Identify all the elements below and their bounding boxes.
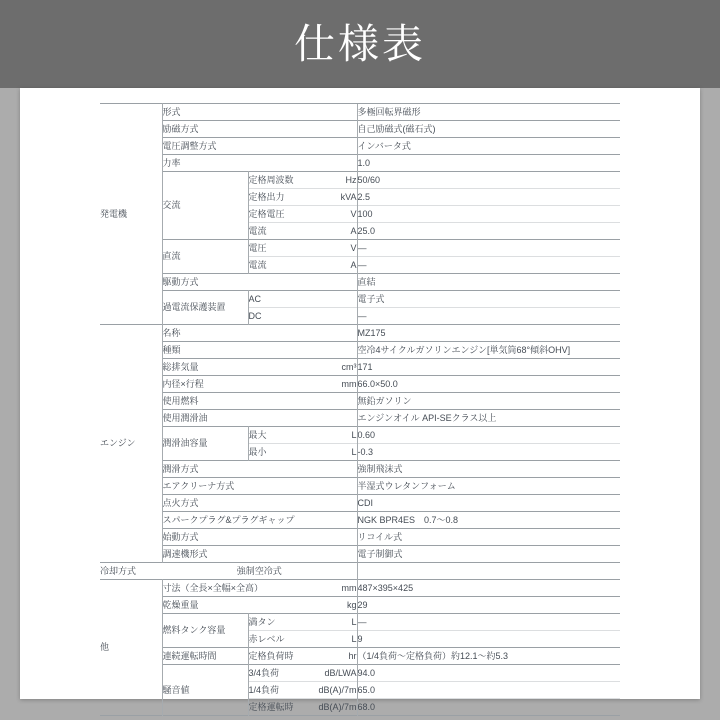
value-cell: — xyxy=(357,308,620,325)
group-label-cell: 直流 xyxy=(162,240,248,274)
spec-row: 駆動方式直結 xyxy=(100,274,620,291)
value-cell: 空冷4サイクルガソリンエンジン[単気筒68°傾斜OHV] xyxy=(357,342,620,359)
spec-table-body: 発電機形式多極回転界磁形励磁方式自己励磁式(磁石式)電圧調整方式インバータ式力率… xyxy=(100,104,620,716)
value-cell: 9 xyxy=(357,631,620,648)
unit-cell xyxy=(312,138,357,155)
page: 仕様表 発電機形式多極回転界磁形励磁方式自己励磁式(磁石式)電圧調整方式インバー… xyxy=(0,0,720,720)
sub-label-cell: 1/4負荷 xyxy=(248,682,312,699)
unit-cell xyxy=(312,342,357,359)
value-cell: — xyxy=(357,614,620,631)
unit-cell: dB/LWA xyxy=(312,665,357,682)
value-cell: MZ175 xyxy=(357,325,620,342)
value-cell: CDI xyxy=(357,495,620,512)
unit-cell xyxy=(312,308,357,325)
spec-row: スパークプラグ&プラグギャップNGK BPR4ES 0.7～0.8 xyxy=(100,512,620,529)
unit-cell: L xyxy=(312,427,357,444)
spec-row: 使用燃料無鉛ガソリン xyxy=(100,393,620,410)
unit-cell xyxy=(312,461,357,478)
unit-cell: kg xyxy=(312,597,357,614)
spec-row: 総排気量cm³171 xyxy=(100,359,620,376)
label-cell: 種類 xyxy=(162,342,312,359)
unit-cell xyxy=(312,478,357,495)
label-cell: 電圧調整方式 xyxy=(162,138,312,155)
sub-label-cell: DC xyxy=(248,308,312,325)
value-cell: リコイル式 xyxy=(357,529,620,546)
spec-row: 乾燥重量kg29 xyxy=(100,597,620,614)
value-cell: インバータ式 xyxy=(357,138,620,155)
unit-cell: L xyxy=(312,631,357,648)
group-label-cell: 騒音値 xyxy=(162,665,248,716)
category-cell: 冷却方式 xyxy=(100,563,162,580)
value-cell: 29 xyxy=(357,597,620,614)
label-cell: スパークプラグ&プラグギャップ xyxy=(162,512,312,529)
sub-label-cell: 電圧 xyxy=(248,240,312,257)
value-cell: 半湿式ウレタンフォーム xyxy=(357,478,620,495)
spec-row: 力率1.0 xyxy=(100,155,620,172)
sub-label-cell: 満タン xyxy=(248,614,312,631)
value-cell: 無鉛ガソリン xyxy=(357,393,620,410)
label-cell: 内径×行程 xyxy=(162,376,312,393)
label-cell: 始動方式 xyxy=(162,529,312,546)
value-cell: 25.0 xyxy=(357,223,620,240)
spec-row: 過電流保護装置AC電子式 xyxy=(100,291,620,308)
spec-row: 他寸法（全長×全幅×全高）mm487×395×425 xyxy=(100,580,620,597)
sub-label-cell: 定格出力 xyxy=(248,189,312,206)
unit-cell xyxy=(312,495,357,512)
label-cell: 使用潤滑油 xyxy=(162,410,312,427)
unit-cell xyxy=(312,512,357,529)
unit-cell: hr xyxy=(312,648,357,665)
category-cell: 発電機 xyxy=(100,104,162,325)
group-label-cell: 連続運転時間 xyxy=(162,648,248,665)
spec-row: 調速機形式電子制御式 xyxy=(100,546,620,563)
spec-row: 潤滑油容量最大L0.60 xyxy=(100,427,620,444)
value-cell: 487×395×425 xyxy=(357,580,620,597)
unit-cell: L xyxy=(312,444,357,461)
value-cell xyxy=(357,563,620,580)
spec-row: エアクリーナ方式半湿式ウレタンフォーム xyxy=(100,478,620,495)
spec-card: 発電機形式多極回転界磁形励磁方式自己励磁式(磁石式)電圧調整方式インバータ式力率… xyxy=(20,88,700,699)
spec-row: 潤滑方式強制飛沫式 xyxy=(100,461,620,478)
sub-label-cell: 最大 xyxy=(248,427,312,444)
sub-label-cell: 定格負荷時 xyxy=(248,648,312,665)
group-label-cell: 燃料タンク容量 xyxy=(162,614,248,648)
spec-row: 連続運転時間定格負荷時hr（1/4負荷～定格負荷）約12.1～約5.3 xyxy=(100,648,620,665)
unit-cell xyxy=(312,529,357,546)
label-cell: 調速機形式 xyxy=(162,546,312,563)
unit-cell xyxy=(312,274,357,291)
value-cell: 94.0 xyxy=(357,665,620,682)
sub-label-cell: 定格周波数 xyxy=(248,172,312,189)
spec-table: 発電機形式多極回転界磁形励磁方式自己励磁式(磁石式)電圧調整方式インバータ式力率… xyxy=(100,103,620,716)
value-cell: 直結 xyxy=(357,274,620,291)
label-cell: エアクリーナ方式 xyxy=(162,478,312,495)
label-cell: 潤滑方式 xyxy=(162,461,312,478)
value-cell: NGK BPR4ES 0.7～0.8 xyxy=(357,512,620,529)
spec-row: 直流電圧V— xyxy=(100,240,620,257)
sub-label-cell: 電流 xyxy=(248,257,312,274)
spec-row: 点火方式CDI xyxy=(100,495,620,512)
unit-cell: dB(A)/7m xyxy=(312,682,357,699)
value-cell: 0.60 xyxy=(357,427,620,444)
page-title: 仕様表 xyxy=(294,24,426,65)
sub-label-cell: 定格電圧 xyxy=(248,206,312,223)
label-cell: 名称 xyxy=(162,325,312,342)
unit-cell: A xyxy=(312,257,357,274)
unit-cell: Hz xyxy=(312,172,357,189)
category-cell: エンジン xyxy=(100,325,162,563)
value-cell: 電子式 xyxy=(357,291,620,308)
unit-cell xyxy=(312,546,357,563)
group-label-cell: 過電流保護装置 xyxy=(162,291,248,325)
label-cell: 寸法（全長×全幅×全高） xyxy=(162,580,312,597)
label-cell: 力率 xyxy=(162,155,312,172)
spec-row: 交流定格周波数Hz50/60 xyxy=(100,172,620,189)
spec-row: 種類空冷4サイクルガソリンエンジン[単気筒68°傾斜OHV] xyxy=(100,342,620,359)
unit-cell xyxy=(312,410,357,427)
group-label-cell: 交流 xyxy=(162,172,248,240)
label-cell: 駆動方式 xyxy=(162,274,312,291)
value-cell: 50/60 xyxy=(357,172,620,189)
unit-cell: cm³ xyxy=(312,359,357,376)
spec-row: エンジン名称MZ175 xyxy=(100,325,620,342)
value-cell: エンジンオイル API-SEクラス以上 xyxy=(357,410,620,427)
label-cell: 使用燃料 xyxy=(162,393,312,410)
value-cell: 66.0×50.0 xyxy=(357,376,620,393)
sub-label-cell: 電流 xyxy=(248,223,312,240)
label-cell: 励磁方式 xyxy=(162,121,312,138)
value-cell: 65.0 xyxy=(357,682,620,699)
group-label-cell: 潤滑油容量 xyxy=(162,427,248,461)
sub-label-cell: 赤レベル xyxy=(248,631,312,648)
value-cell: 自己励磁式(磁石式) xyxy=(357,121,620,138)
spec-row: 励磁方式自己励磁式(磁石式) xyxy=(100,121,620,138)
spec-row: 内径×行程mm66.0×50.0 xyxy=(100,376,620,393)
spec-row: 発電機形式多極回転界磁形 xyxy=(100,104,620,121)
value-cell: 68.0 xyxy=(357,699,620,716)
spec-row: 使用潤滑油エンジンオイル API-SEクラス以上 xyxy=(100,410,620,427)
value-cell: 100 xyxy=(357,206,620,223)
spec-row: 始動方式リコイル式 xyxy=(100,529,620,546)
unit-cell xyxy=(312,325,357,342)
value-cell: 1.0 xyxy=(357,155,620,172)
spec-row: 冷却方式強制空冷式 xyxy=(100,563,620,580)
sub-label-cell: AC xyxy=(248,291,312,308)
unit-cell: mm xyxy=(312,376,357,393)
label-cell: 点火方式 xyxy=(162,495,312,512)
unit-cell: mm xyxy=(312,580,357,597)
value-cell: 171 xyxy=(357,359,620,376)
value-cell: 電子制御式 xyxy=(357,546,620,563)
unit-cell xyxy=(312,104,357,121)
unit-cell: dB(A)/7m xyxy=(312,699,357,716)
unit-cell xyxy=(312,155,357,172)
unit-cell xyxy=(312,393,357,410)
value-cell: -0.3 xyxy=(357,444,620,461)
merged-value-cell: 強制空冷式 xyxy=(162,563,357,580)
spec-row: 燃料タンク容量満タンL— xyxy=(100,614,620,631)
value-cell: （1/4負荷～定格負荷）約12.1～約5.3 xyxy=(357,648,620,665)
unit-cell xyxy=(312,291,357,308)
label-cell: 総排気量 xyxy=(162,359,312,376)
unit-cell: V xyxy=(312,240,357,257)
value-cell: — xyxy=(357,257,620,274)
sub-label-cell: 最小 xyxy=(248,444,312,461)
value-cell: — xyxy=(357,240,620,257)
label-cell: 形式 xyxy=(162,104,312,121)
category-cell: 他 xyxy=(100,580,162,716)
value-cell: 多極回転界磁形 xyxy=(357,104,620,121)
spec-row: 電圧調整方式インバータ式 xyxy=(100,138,620,155)
unit-cell xyxy=(312,121,357,138)
title-bar: 仕様表 xyxy=(0,0,720,88)
unit-cell: kVA xyxy=(312,189,357,206)
unit-cell: A xyxy=(312,223,357,240)
unit-cell: L xyxy=(312,614,357,631)
sub-label-cell: 定格運転時 xyxy=(248,699,312,716)
spec-row: 騒音値3/4負荷dB/LWA94.0 xyxy=(100,665,620,682)
value-cell: 強制飛沫式 xyxy=(357,461,620,478)
unit-cell: V xyxy=(312,206,357,223)
value-cell: 2.5 xyxy=(357,189,620,206)
label-cell: 乾燥重量 xyxy=(162,597,312,614)
sub-label-cell: 3/4負荷 xyxy=(248,665,312,682)
